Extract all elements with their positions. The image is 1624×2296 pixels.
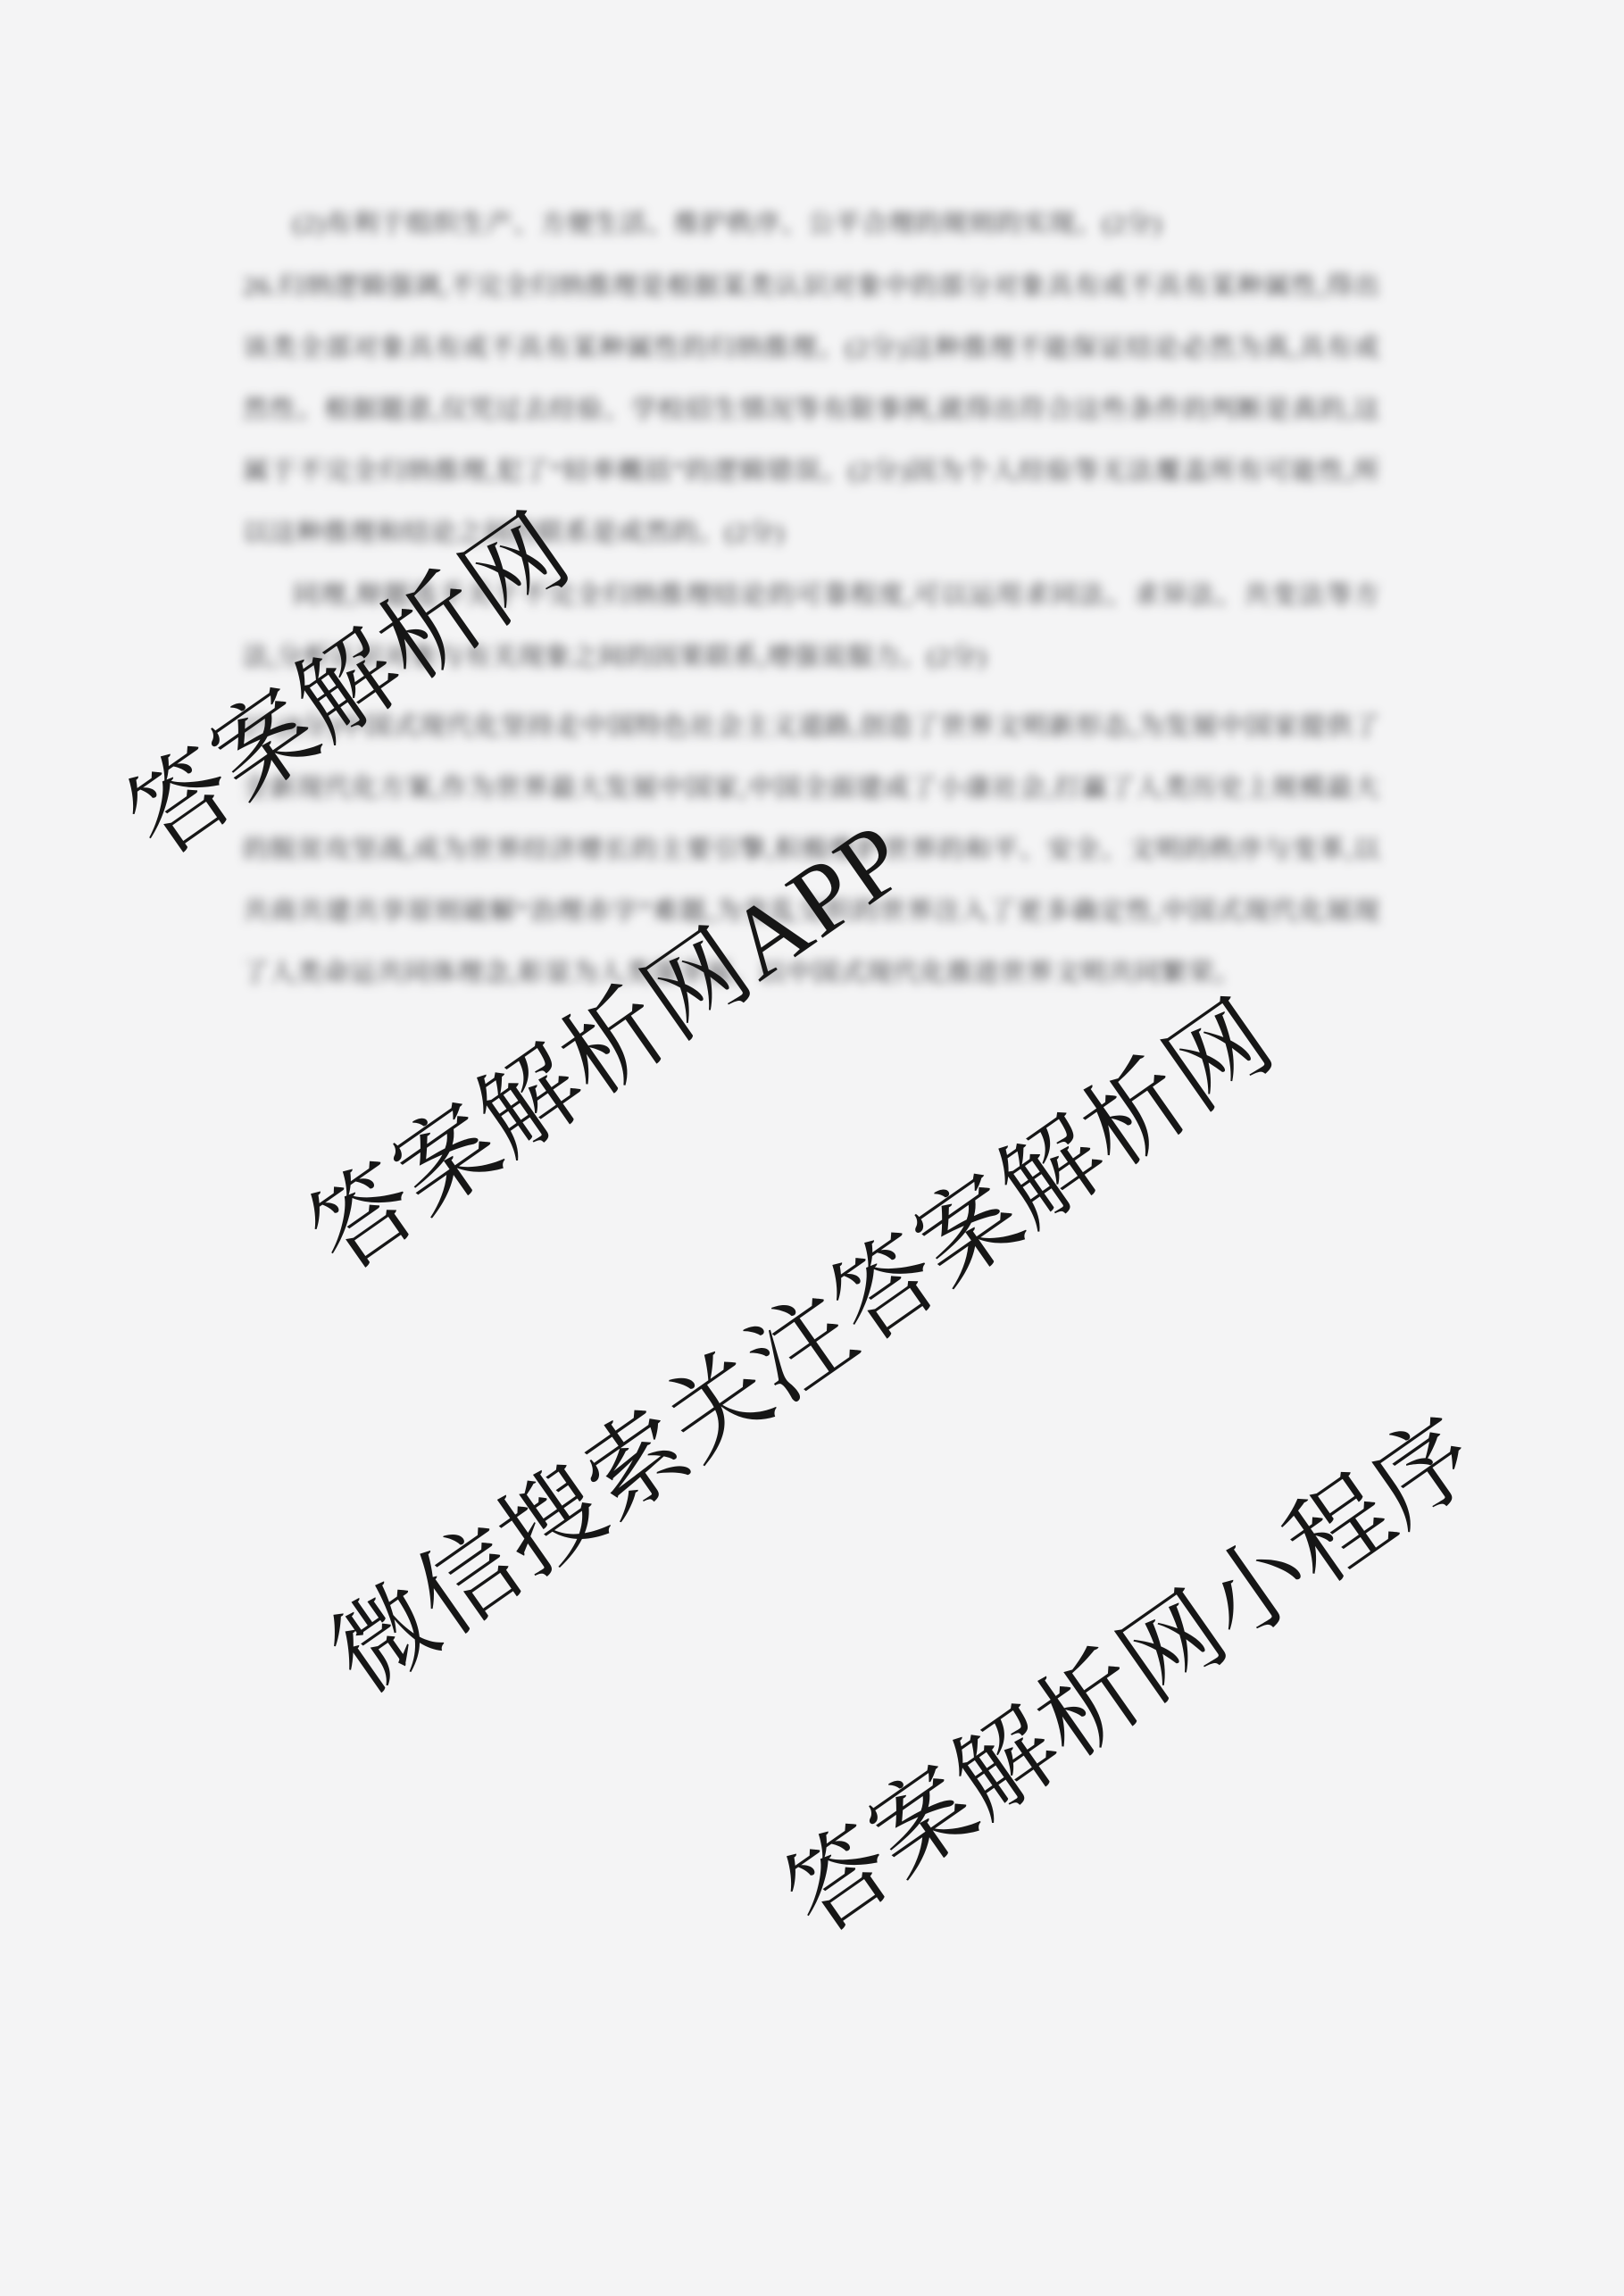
answer-paragraph-27: 27.(8分)中国式现代化坚持走中国特色社会主义道路,创造了世界文明新形态,为发… <box>243 696 1380 1004</box>
answer-paragraph-1: (2)有利于组织生产、方便生活、维护秩序、公平合理的规则的实现。(2分) <box>243 194 1380 255</box>
answer-paragraph-26-continued: 同理,辩题选手关于不完全归纳推理结论的可靠程度,可以运用求同法、求异法、共变法等… <box>243 565 1380 688</box>
scanned-document-page: (2)有利于组织生产、方便生活、维护秩序、公平合理的规则的实现。(2分) 26.… <box>0 0 1624 2296</box>
watermark-mini-program: 答案解析网小程序 <box>753 1376 1502 1960</box>
watermark-wechat-search: 微信搜索关注答案解析网 <box>298 960 1298 1719</box>
answer-paragraph-26: 26.归纳逻辑强调,不完全归纳推理是根据某类认识对象中的部分对象具有或不具有某种… <box>243 256 1380 564</box>
